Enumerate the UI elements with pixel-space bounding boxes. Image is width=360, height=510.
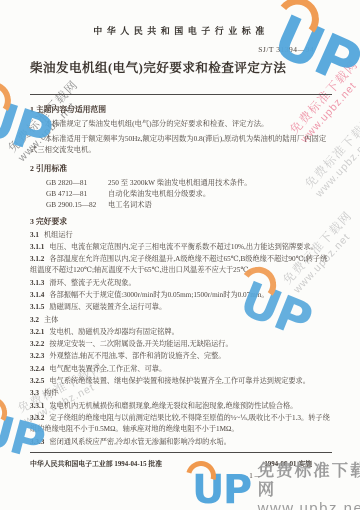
clause-text: 密闭通风系统应严密,冷却水管无渗漏和影响冷却的水垢。 — [49, 438, 231, 446]
clause-text: 励磁调压、灭磁装置齐全,运行可靠。 — [49, 303, 166, 311]
clause-row: 3.1.3滑环、整流子无火花现象。 — [30, 278, 332, 289]
implementation-date: 1994-06-01 实施 — [264, 458, 332, 468]
approval-note: 中华人民共和国电子工业部 1994-04-15 批准 — [30, 458, 162, 468]
clause-list: 3.1机组运行 3.1.1电压、电流在额定范围内,定子三相电流不平衡系数不超过1… — [30, 230, 332, 448]
clause-number: 3.1.5 — [30, 303, 44, 311]
clause-row: 3.3.1发电机内无机械损伤和磨损现象,绝缘无裂纹和起泡现象,绝缘预防性试验合格… — [30, 401, 332, 412]
clause-number: 3.1.4 — [30, 291, 44, 299]
document-content: 中华人民共和国电子行业标准 SJ/T 31394—94 柴油发电机组(电气)完好… — [0, 0, 360, 510]
reference-code: GB 2900.15—82 — [46, 199, 108, 210]
reference-code: GB 4712—81 — [46, 188, 108, 199]
clause-text: 机组运行 — [44, 231, 73, 239]
clause-text: 主体 — [44, 316, 58, 324]
clause-text: 滑环、整流子无火花现象。 — [49, 279, 135, 287]
clause-text: 各部振幅不大于规定值:3000r/min时为0.05mm;1500r/min时为… — [49, 291, 268, 299]
clause-row: 3.2.4电气配电装置齐全,工作正常、可靠。 — [30, 364, 332, 375]
standard-number: SJ/T 31394—94 — [30, 45, 332, 54]
clause-number: 3.2.3 — [30, 352, 44, 360]
clause-row: 3.1机组运行 — [30, 230, 332, 241]
clause-number: 3.3.1 — [30, 402, 44, 410]
page-number: — 1 — — [100, 472, 360, 480]
clause-row: 3.2.2按规定安装一、二次附属设备,开关均能运用,无缺陷运行。 — [30, 339, 332, 350]
clause-number: 3.2.4 — [30, 365, 44, 373]
reference-row: GB 2900.15—82 电工名词术语 — [30, 199, 332, 210]
standard-authority-header: 中华人民共和国电子行业标准 — [30, 24, 332, 37]
reference-list: GB 2820—81 250 至 3200kW 柴油发电机组通用技术条件。 GB… — [30, 177, 332, 210]
clause-number: 3.2.5 — [30, 377, 44, 385]
clause-number: 3.3 — [30, 389, 39, 397]
clause-row: 3.2.5电气系统绝缘装置、继电保护装置和接地保护装置齐全,工作可靠并达到规定要… — [30, 376, 332, 387]
clause-number: 3.2 — [30, 316, 39, 324]
document-footer: 中华人民共和国电子工业部 1994-04-15 批准 1994-06-01 实施 — [30, 458, 332, 468]
reference-row: GB 2820—81 250 至 3200kW 柴油发电机组通用技术条件。 — [30, 177, 332, 188]
section1-paragraph: 本标准规定了柴油发电机组(电气)部分的完好要求和检查、评定方法。 — [30, 118, 332, 130]
reference-code: GB 2820—81 — [46, 177, 108, 188]
clause-row: 3.1.5励磁调压、灭磁装置齐全,运行可靠。 — [30, 302, 332, 313]
clause-text: 定子绕组的绝缘电阻与以前测定结果比较,不得降至原值的⅓~⅕,吸收比不小于1.3。… — [30, 414, 330, 433]
clause-text: 构件 — [44, 389, 58, 397]
footer-divider — [30, 452, 332, 453]
reference-description: 自动化柴油发电机组分级要求。 — [108, 188, 210, 199]
section1-paragraph: 本标准适用于额定频率为50Hz,额定功率因数为0.8(滞后),原动机为柴油机的陆… — [30, 133, 332, 156]
clause-text: 各部温度在允许范围以内,定子绕组温升,A级绝缘不超过65℃,B级绝缘不超过90℃… — [30, 255, 327, 274]
clause-text: 电气系统绝缘装置、继电保护装置和接地保护装置齐全,工作可靠并达到规定要求。 — [49, 377, 310, 385]
clause-text: 外观整洁,轴瓦不甩油,零、部件和消防设施齐全、完整。 — [49, 352, 225, 360]
clause-text: 电压、电流在额定范围内,定子三相电流不平衡系数不超过10%,出力能达到铭牌要求。 — [49, 243, 317, 251]
clause-row: 3.2主体 — [30, 315, 332, 326]
document-title: 柴油发电机组(电气)完好要求和检查评定方法 — [30, 58, 332, 76]
reference-row: GB 4712—81 自动化柴油发电机组分级要求。 — [30, 188, 332, 199]
title-divider — [30, 94, 332, 95]
section2-heading: 2 引用标准 — [30, 163, 332, 174]
scanned-standard-document-page: 免费标准下载网 www.upbz.net 免费标准下载网 www.upbz.ne… — [0, 0, 360, 510]
clause-number: 3.1.2 — [30, 255, 44, 263]
clause-row: 3.3.2定子绕组的绝缘电阻与以前测定结果比较,不得降至原值的⅓~⅕,吸收比不小… — [30, 413, 332, 436]
clause-row: 3.2.3外观整洁,轴瓦不甩油,零、部件和消防设施齐全、完整。 — [30, 351, 332, 362]
reference-description: 电工名词术语 — [108, 199, 152, 210]
clause-number: 3.1.3 — [30, 279, 44, 287]
clause-row: 3.3构件 — [30, 388, 332, 399]
clause-row: 3.3.3密闭通风系统应严密,冷却水管无渗漏和影响冷却的水垢。 — [30, 437, 332, 448]
clause-number: 3.3.2 — [30, 414, 44, 422]
clause-row: 3.2.1发电机、励磁机及冷却器均有固定铭牌。 — [30, 327, 332, 338]
clause-row: 3.1.2各部温度在允许范围以内,定子绕组温升,A级绝缘不超过65℃,B级绝缘不… — [30, 254, 332, 277]
clause-row: 3.1.1电压、电流在额定范围内,定子三相电流不平衡系数不超过10%,出力能达到… — [30, 242, 332, 253]
clause-number: 3.2.2 — [30, 340, 44, 348]
section3-heading: 3 完好要求 — [30, 216, 332, 227]
clause-text: 按规定安装一、二次附属设备,开关均能运用,无缺陷运行。 — [49, 340, 232, 348]
clause-text: 发电机内无机械损伤和磨损现象,绝缘无裂纹和起泡现象,绝缘预防性试验合格。 — [49, 402, 297, 410]
section1-heading: 1 主题内容与适用范围 — [30, 104, 332, 115]
clause-number: 3.1 — [30, 231, 39, 239]
reference-description: 250 至 3200kW 柴油发电机组通用技术条件。 — [108, 177, 252, 188]
clause-row: 3.1.4各部振幅不大于规定值:3000r/min时为0.05mm;1500r/… — [30, 290, 332, 301]
clause-number: 3.1.1 — [30, 243, 44, 251]
clause-text: 发电机、励磁机及冷却器均有固定铭牌。 — [49, 328, 178, 336]
clause-number: 3.3.3 — [30, 438, 44, 446]
clause-text: 电气配电装置齐全,工作正常、可靠。 — [49, 365, 166, 373]
clause-number: 3.2.1 — [30, 328, 44, 336]
